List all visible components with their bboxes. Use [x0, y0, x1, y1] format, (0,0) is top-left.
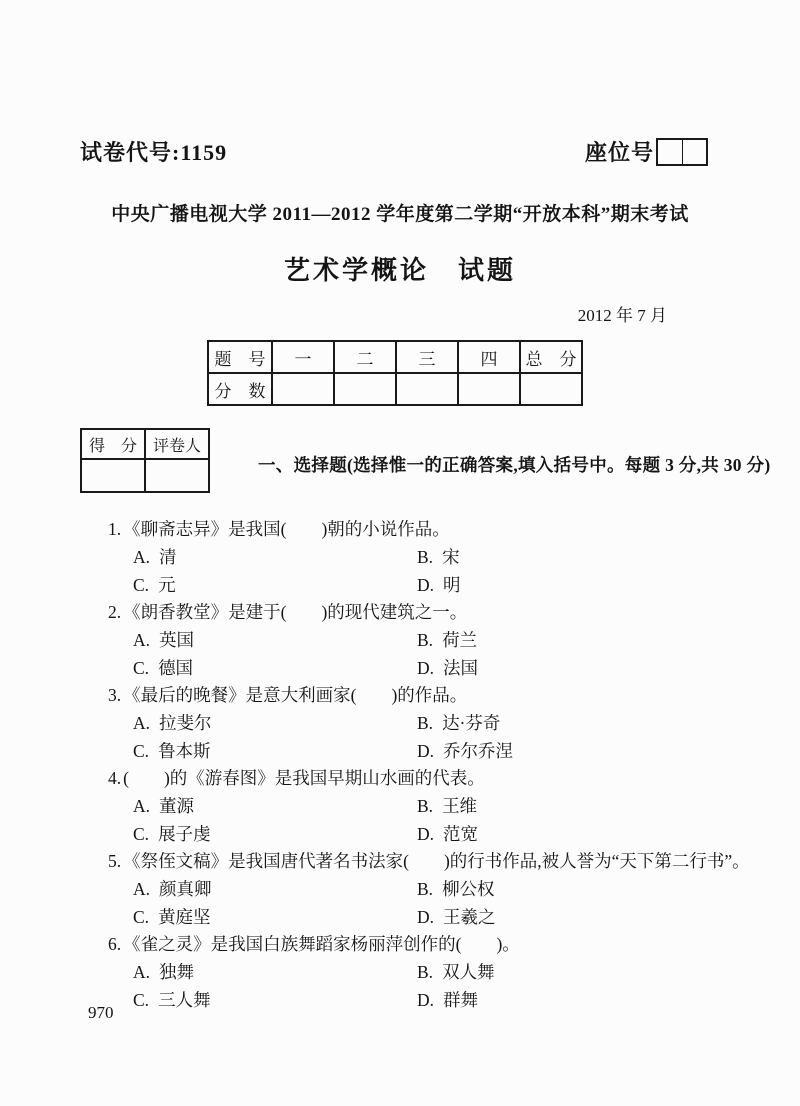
paper-code: 试卷代号:1159	[80, 136, 227, 167]
option-row: A.拉斐尔 B.达·芬奇	[108, 709, 800, 737]
option-text: 王羲之	[443, 907, 496, 927]
option-row: C.展子虔 D.范宽	[108, 820, 800, 848]
option-row: C.德国 D.法国	[108, 654, 800, 682]
option-text: 英国	[159, 630, 194, 650]
score-table: 题 号 一 二 三 四 总 分 分 数	[207, 340, 583, 406]
option-b: B.柳公权	[417, 875, 800, 903]
score-table-score-row: 分 数	[208, 373, 582, 405]
question-line: 6.《雀之灵》是我国白族舞蹈家杨丽萍创作的( )。	[108, 931, 800, 958]
option-b: B.王维	[417, 792, 800, 820]
question-block: 2.《朗香教堂》是建于( )的现代建筑之一。 A.英国 B.荷兰 C.德国 D.…	[108, 599, 800, 682]
option-c: C.三人舞	[133, 986, 417, 1014]
option-a: A.拉斐尔	[133, 709, 417, 737]
question-number: 2.	[108, 599, 121, 626]
grade-box: 得 分 评卷人	[80, 428, 210, 493]
question-block: 6.《雀之灵》是我国白族舞蹈家杨丽萍创作的( )。 A.独舞 B.双人舞 C.三…	[108, 931, 800, 1014]
question-block: 4.( )的《游春图》是我国早期山水画的代表。 A.董源 B.王维 C.展子虔 …	[108, 765, 800, 848]
score-table-header-cell: 三	[396, 341, 458, 373]
question-text: 《聊斋志异》是我国( )朝的小说作品。	[123, 519, 450, 539]
question-number: 1.	[108, 516, 121, 543]
question-block: 1.《聊斋志异》是我国( )朝的小说作品。 A.清 B.宋 C.元 D.明	[108, 516, 800, 599]
score-table-header-cell: 一	[272, 341, 334, 373]
question-number: 6.	[108, 931, 121, 958]
option-text: 展子虔	[158, 824, 211, 844]
option-c: C.展子虔	[133, 820, 417, 848]
seat-number-box	[656, 138, 708, 166]
question-text: 《祭侄文稿》是我国唐代著名书法家( )的行书作品,被人誉为“天下第二行书”。	[123, 851, 750, 871]
option-text: 荷兰	[442, 630, 477, 650]
question-text: 《朗香教堂》是建于( )的现代建筑之一。	[123, 602, 467, 622]
option-text: 黄庭坚	[158, 907, 211, 927]
option-text: 范宽	[443, 824, 478, 844]
seat-number-label: 座位号	[585, 136, 654, 167]
exam-title: 艺术学概论 试题	[0, 250, 800, 287]
question-number: 4.	[108, 765, 121, 792]
grade-section: 得 分 评卷人 一、选择题(选择惟一的正确答案,填入括号中。每题 3 分,共 3…	[80, 428, 800, 493]
grader-label: 评卷人	[145, 429, 209, 459]
question-list: 1.《聊斋志异》是我国( )朝的小说作品。 A.清 B.宋 C.元 D.明 2.…	[0, 516, 800, 1014]
option-text: 独舞	[159, 962, 194, 982]
option-text: 董源	[159, 796, 194, 816]
option-text: 鲁本斯	[158, 741, 211, 761]
header-row: 试卷代号:1159 座位号	[0, 136, 800, 167]
seat-number-cell	[682, 140, 706, 164]
question-line: 3.《最后的晚餐》是意大利画家( )的作品。	[108, 682, 800, 709]
score-cell-empty	[396, 373, 458, 405]
option-d: D.范宽	[417, 820, 800, 848]
option-row: C.鲁本斯 D.乔尔乔涅	[108, 737, 800, 765]
option-a: A.英国	[133, 626, 417, 654]
option-d: D.明	[417, 571, 800, 599]
question-text: 《雀之灵》是我国白族舞蹈家杨丽萍创作的( )。	[123, 934, 520, 954]
option-text: 明	[443, 575, 461, 595]
option-text: 颜真卿	[159, 879, 212, 899]
question-block: 3.《最后的晚餐》是意大利画家( )的作品。 A.拉斐尔 B.达·芬奇 C.鲁本…	[108, 682, 800, 765]
option-d: D.乔尔乔涅	[417, 737, 800, 765]
grade-score-label: 得 分	[81, 429, 145, 459]
option-text: 群舞	[443, 990, 478, 1010]
option-b: B.双人舞	[417, 958, 800, 986]
option-a: A.颜真卿	[133, 875, 417, 903]
question-block: 5.《祭侄文稿》是我国唐代著名书法家( )的行书作品,被人誉为“天下第二行书”。…	[108, 848, 800, 931]
score-table-header-cell: 二	[334, 341, 396, 373]
option-b: B.荷兰	[417, 626, 800, 654]
question-number: 3.	[108, 682, 121, 709]
option-row: A.董源 B.王维	[108, 792, 800, 820]
option-c: C.元	[133, 571, 417, 599]
question-text: 《最后的晚餐》是意大利画家( )的作品。	[123, 685, 467, 705]
option-d: D.王羲之	[417, 903, 800, 931]
score-cell-empty	[458, 373, 520, 405]
section-heading: 一、选择题(选择惟一的正确答案,填入括号中。每题 3 分,共 30 分)	[258, 452, 770, 477]
score-table-header-cell: 总 分	[520, 341, 582, 373]
option-text: 三人舞	[158, 990, 211, 1010]
option-a: A.董源	[133, 792, 417, 820]
seat-number-group: 座位号	[585, 136, 708, 167]
option-c: C.鲁本斯	[133, 737, 417, 765]
option-text: 元	[158, 575, 176, 595]
option-b: B.达·芬奇	[417, 709, 800, 737]
option-row: A.独舞 B.双人舞	[108, 958, 800, 986]
option-row: C.三人舞 D.群舞	[108, 986, 800, 1014]
option-d: D.法国	[417, 654, 800, 682]
question-line: 5.《祭侄文稿》是我国唐代著名书法家( )的行书作品,被人誉为“天下第二行书”。	[108, 848, 800, 875]
option-text: 德国	[158, 658, 193, 678]
score-cell-empty	[520, 373, 582, 405]
option-c: C.黄庭坚	[133, 903, 417, 931]
score-table-header-row: 题 号 一 二 三 四 总 分	[208, 341, 582, 373]
option-text: 王维	[442, 796, 477, 816]
question-line: 4.( )的《游春图》是我国早期山水画的代表。	[108, 765, 800, 792]
score-cell-empty	[334, 373, 396, 405]
option-text: 拉斐尔	[159, 713, 212, 733]
option-text: 清	[159, 547, 177, 567]
grader-cell-empty	[145, 459, 209, 492]
exam-paper-page: { "page": { "paper_code": "试卷代号:1159", "…	[0, 0, 800, 1106]
option-a: A.独舞	[133, 958, 417, 986]
option-d: D.群舞	[417, 986, 800, 1014]
page-number: 970	[88, 1003, 114, 1023]
question-line: 1.《聊斋志异》是我国( )朝的小说作品。	[108, 516, 800, 543]
option-row: A.英国 B.荷兰	[108, 626, 800, 654]
score-table-header-cell: 四	[458, 341, 520, 373]
question-number: 5.	[108, 848, 121, 875]
score-table-header-cell: 题 号	[208, 341, 272, 373]
option-text: 达·芬奇	[442, 713, 500, 733]
option-row: A.颜真卿 B.柳公权	[108, 875, 800, 903]
option-row: C.元 D.明	[108, 571, 800, 599]
option-text: 柳公权	[442, 879, 495, 899]
option-text: 乔尔乔涅	[443, 741, 513, 761]
option-row: C.黄庭坚 D.王羲之	[108, 903, 800, 931]
seat-number-cell	[658, 140, 682, 164]
score-cell-empty	[272, 373, 334, 405]
grade-score-cell-empty	[81, 459, 145, 492]
option-c: C.德国	[133, 654, 417, 682]
option-text: 宋	[442, 547, 460, 567]
option-a: A.清	[133, 543, 417, 571]
exam-date: 2012 年 7 月	[0, 301, 800, 326]
score-row-label: 分 数	[208, 373, 272, 405]
question-line: 2.《朗香教堂》是建于( )的现代建筑之一。	[108, 599, 800, 626]
option-text: 双人舞	[442, 962, 495, 982]
question-text: ( )的《游春图》是我国早期山水画的代表。	[123, 768, 485, 788]
option-b: B.宋	[417, 543, 800, 571]
option-row: A.清 B.宋	[108, 543, 800, 571]
session-line: 中央广播电视大学 2011—2012 学年度第二学期“开放本科”期末考试	[0, 199, 800, 226]
option-text: 法国	[443, 658, 478, 678]
